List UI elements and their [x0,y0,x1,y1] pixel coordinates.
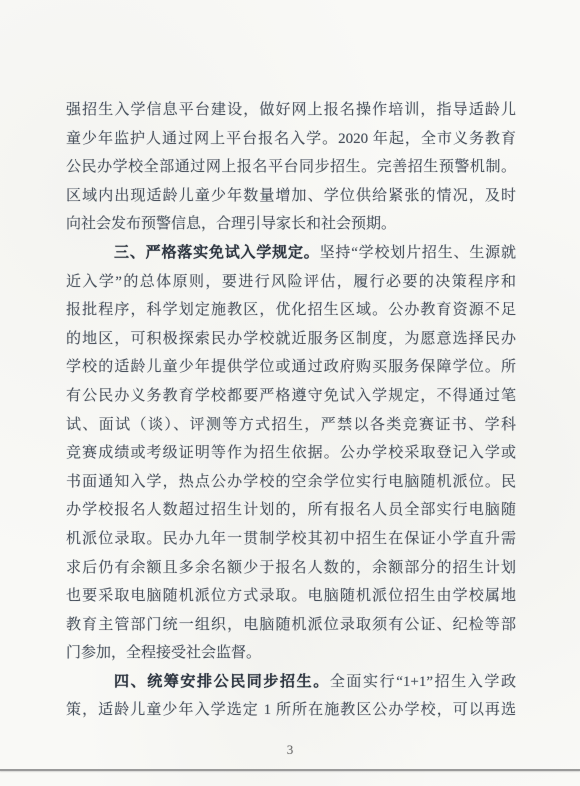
body-text: 强招生入学信息平台建设，做好网上报名操作培训，指导适龄儿童少年监护人通过网上平台… [66,96,516,725]
text-segment: 试、面试（谈）、评测等方式招生，严禁以各类竞赛证书、学科 [66,417,516,433]
text-line: 策，适龄儿童少年入学选定 1 所所在施教区公办学校，可以再选 [66,696,516,725]
document-page: 强招生入学信息平台建设，做好网上报名操作培训，指导适龄儿童少年监护人通过网上平台… [0,0,580,786]
text-line: 公民办学校全部通过网上报名平台同步招生。完善招生预警机制。 [66,153,516,182]
text-line: 强招生入学信息平台建设，做好网上报名操作培训，指导适龄儿 [66,96,516,125]
text-line: 区域内出现适龄儿童少年数量增加、学位供给紧张的情况，及时 [66,182,516,211]
text-line: 机派位录取。民办九年一贯制学校其初中招生在保证小学直升需 [66,525,516,554]
text-line: 向社会发布预警信息，合理引导家长和社会预期。 [66,210,516,239]
text-segment: 办学校报名人数超过招生计划的，所有报名人员全部实行电脑随 [66,502,516,518]
text-segment: 有公民办义务教育学校都要严格遵守免试入学规定，不得通过笔 [66,388,516,404]
text-line: 求后仍有余额且多余名额少于报名人数的，余额部分的招生计划 [66,554,516,583]
text-segment: 全面实行“1+1”招生入学政 [330,674,516,690]
text-line: 竞赛成绩或考级证明等作为招生依据。公办学校采取登记入学或 [66,439,516,468]
page-number: 3 [0,742,580,758]
text-line: 四、统筹安排公民同步招生。全面实行“1+1”招生入学政 [66,668,516,697]
text-segment: 坚持“学校划片招生、生源就 [320,245,516,261]
text-segment: 向社会发布预警信息，合理引导家长和社会预期。 [66,216,396,232]
text-segment: 教育主管部门统一组织，电脑随机派位录取须有公证、纪检等部 [66,617,516,633]
text-line: 书面通知入学，热点公办学校的空余学位实行电脑随机派位。民 [66,468,516,497]
heading-segment: 四、统筹安排公民同步招生。 [114,673,330,690]
text-segment: 报批程序，科学划定施教区，优化招生区域。公办教育资源不足 [66,302,516,318]
text-segment: 也要采取电脑随机派位方式录取。电脑随机派位招生由学校属地 [66,588,516,604]
footer-rule [0,769,580,771]
text-segment: 求后仍有余额且多余名额少于报名人数的，余额部分的招生计划 [66,560,516,576]
text-line: 报批程序，科学划定施教区，优化招生区域。公办教育资源不足 [66,296,516,325]
text-segment: 学校的适龄儿童少年提供学位或通过政府购买服务保障学位。所 [66,359,516,375]
text-line: 教育主管部门统一组织，电脑随机派位录取须有公证、纪检等部 [66,611,516,640]
text-segment: 的地区，可积极探索民办学校就近服务区制度，为愿意选择民办 [66,331,516,347]
text-line: 有公民办义务教育学校都要严格遵守免试入学规定，不得通过笔 [66,382,516,411]
text-line: 办学校报名人数超过招生计划的，所有报名人员全部实行电脑随 [66,496,516,525]
text-segment: 公民办学校全部通过网上报名平台同步招生。完善招生预警机制。 [66,159,516,175]
heading-segment: 三、严格落实免试入学规定。 [114,244,320,261]
text-segment: 强招生入学信息平台建设，做好网上报名操作培训，指导适龄儿 [66,102,516,118]
text-line: 近入学”的总体原则，要进行风险评估，履行必要的决策程序和 [66,268,516,297]
text-segment: 书面通知入学，热点公办学校的空余学位实行电脑随机派位。民 [66,474,516,490]
text-line: 童少年监护人通过网上平台报名入学。2020 年起，全市义务教育 [66,125,516,154]
text-line: 三、严格落实免试入学规定。坚持“学校划片招生、生源就 [66,239,516,268]
text-line: 学校的适龄儿童少年提供学位或通过政府购买服务保障学位。所 [66,353,516,382]
text-segment: 机派位录取。民办九年一贯制学校其初中招生在保证小学直升需 [66,531,516,547]
text-line: 试、面试（谈）、评测等方式招生，严禁以各类竞赛证书、学科 [66,411,516,440]
text-segment: 策，适龄儿童少年入学选定 1 所所在施教区公办学校，可以再选 [66,702,516,718]
text-segment: 近入学”的总体原则，要进行风险评估，履行必要的决策程序和 [66,274,516,290]
text-segment: 童少年监护人通过网上平台报名入学。2020 年起，全市义务教育 [66,131,516,147]
text-segment: 门参加，全程接受社会监督。 [66,645,261,661]
text-line: 的地区，可积极探索民办学校就近服务区制度，为愿意选择民办 [66,325,516,354]
text-line: 也要采取电脑随机派位方式录取。电脑随机派位招生由学校属地 [66,582,516,611]
text-line: 门参加，全程接受社会监督。 [66,639,516,668]
text-segment: 竞赛成绩或考级证明等作为招生依据。公办学校采取登记入学或 [66,445,516,461]
text-segment: 区域内出现适龄儿童少年数量增加、学位供给紧张的情况，及时 [66,188,516,204]
